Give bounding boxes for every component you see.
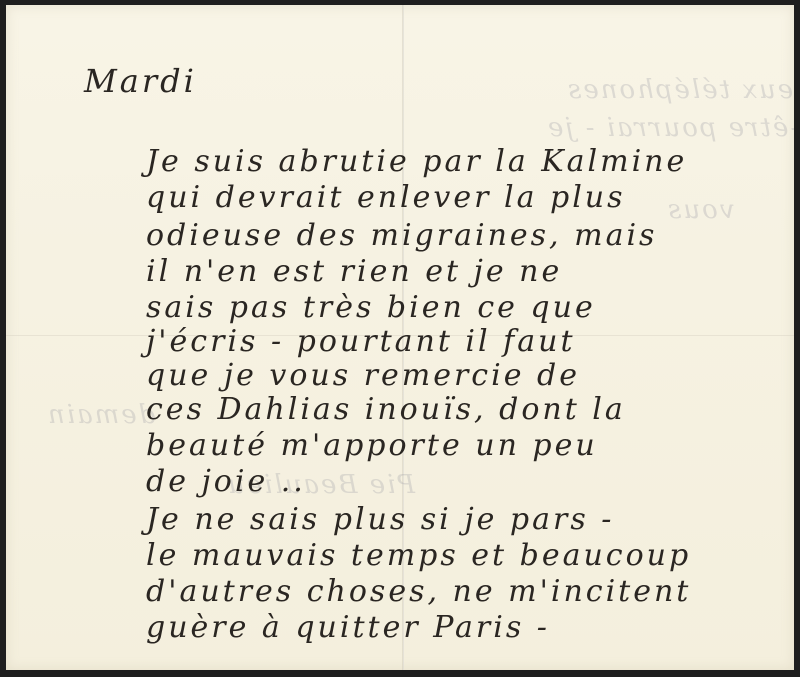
letter-line: sais pas très bien ce que — [146, 293, 596, 323]
letter-line: beauté m'apporte un peu — [146, 431, 598, 461]
letter-line: j'écris - pourtant il faut — [146, 327, 576, 357]
letter-line: odieuse des migraines, mais — [146, 221, 657, 251]
letter-line: il n'en est rien et je ne — [146, 257, 562, 287]
letter-line: le mauvais temps et beaucoup — [146, 541, 691, 571]
bleed-through-text: Vos deux téléphones — [566, 75, 794, 105]
letter-line: qui devrait enlever la plus — [146, 183, 626, 213]
letter-line: de joie .. — [146, 467, 306, 497]
bleed-through-text: Peut-être pourrai - je — [546, 113, 794, 143]
letter-line: Je suis abrutie par la Kalmine — [146, 147, 687, 177]
letter-heading: Mardi — [84, 65, 197, 97]
bleed-through-text: vous — [666, 195, 734, 225]
letter-paper: Vos deux téléphones Peut-être pourrai - … — [6, 5, 794, 670]
letter-line: guère à quitter Paris - — [146, 613, 550, 643]
letter-line: que je vous remercie de — [146, 361, 580, 391]
document-frame: Vos deux téléphones Peut-être pourrai - … — [0, 0, 800, 677]
letter-line: d'autres choses, ne m'incitent — [146, 577, 691, 607]
bleed-through-text: demain — [46, 400, 155, 430]
letter-line: ces Dahlias inouïs, dont la — [146, 395, 626, 425]
letter-line: Je ne sais plus si je pars - — [146, 505, 614, 535]
